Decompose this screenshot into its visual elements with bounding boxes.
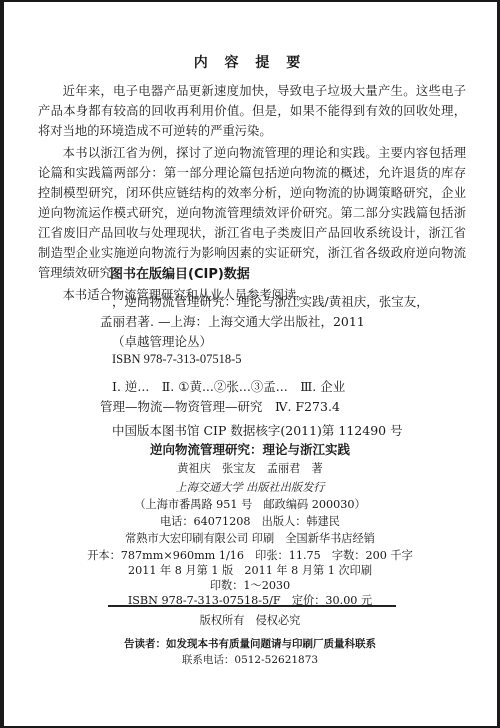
- abstract-paragraph-2: 本书以浙江省为例，探讨了逆向物流管理的理论和实践。主要内容包括理论篇和实践篇两部…: [38, 143, 466, 283]
- edition: 2011 年 8 月第 1 版 2011 年 8 月第 1 次印刷: [0, 562, 500, 578]
- cip-header: 图书在版编目(CIP)数据: [110, 263, 250, 282]
- abstract-paragraph-1: 近年来，电子电器产品更新速度加快，导致电子垃圾大量产生。这些电子产品本身都有较高…: [38, 81, 466, 141]
- publisher: 上海交通大学 出版社出版发行: [0, 479, 500, 495]
- divider-rule: [108, 605, 396, 607]
- cip-approval: 中国版本图书馆 CIP 数据核字(2011)第 112490 号: [112, 421, 403, 439]
- abstract-body: 近年来，电子电器产品更新速度加快，导致电子垃圾大量产生。这些电子产品本身都有较高…: [38, 81, 466, 305]
- copyright-notice: 版权所有 侵权必究: [0, 612, 500, 628]
- publisher-address: （上海市番禺路 951 号 邮政编码 200030）: [0, 496, 500, 512]
- reader-notice: 告读者：如发现本书有质量问题请与印刷厂质量科联系: [0, 636, 500, 651]
- abstract-title: 内 容 提 要: [0, 52, 500, 72]
- publisher-phone: 电话：64071208 出版人：韩建民: [0, 513, 500, 529]
- print-run: 印数：1～2030: [0, 577, 500, 593]
- book-authors: 黄祖庆 张宝友 孟丽君 著: [0, 460, 500, 476]
- cip-line-1: ，逆向物流管理研究：理论与浙江实践/黄祖庆，张宝友，: [112, 292, 429, 310]
- cip-isbn: ISBN 978-7-313-07518-5: [112, 352, 242, 367]
- cip-classification-1: Ⅰ. 逆... Ⅱ. ①黄...②张...③孟... Ⅲ. 企业: [112, 377, 345, 395]
- cip-classification-2: 管理—物流—物资管理—研究 Ⅳ. F273.4: [100, 397, 340, 415]
- contact-phone: 联系电话：0512-52621873: [0, 652, 500, 667]
- book-format: 开本：787mm×960mm 1/16 印张：11.75 字数：200 千字: [0, 547, 500, 563]
- cip-line-3: （卓越管理论丛）: [112, 332, 212, 350]
- book-title: 逆向物流管理研究：理论与浙江实践: [0, 440, 500, 458]
- printer: 常熟市大宏印刷有限公司 印刷 全国新华书店经销: [0, 530, 500, 546]
- cip-line-2: 孟丽君著. —上海：上海交通大学出版社，2011: [100, 312, 365, 330]
